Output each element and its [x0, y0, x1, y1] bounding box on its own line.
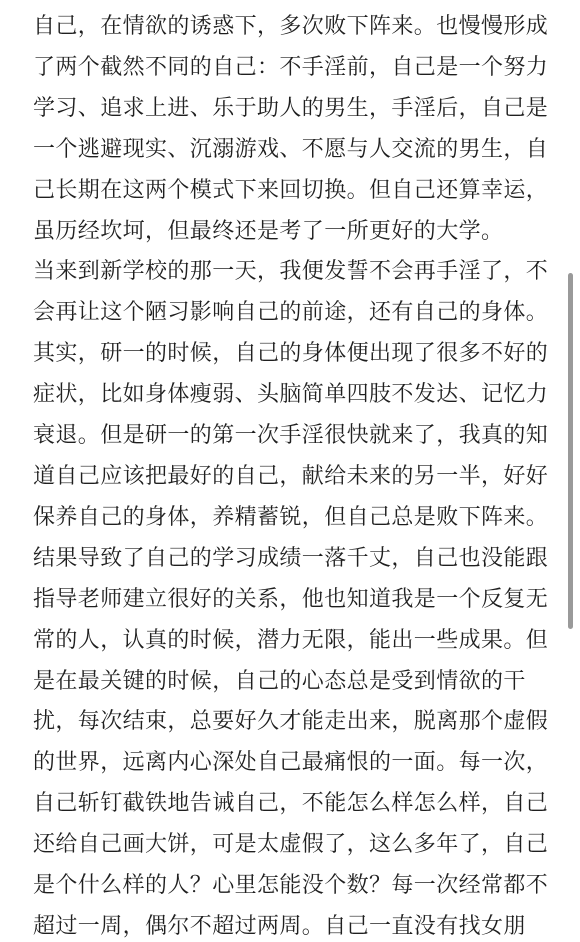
paragraph: 当来到新学校的那一天，我便发誓不会再手淫了，不会再让这个陋习影响自己的前途，还有… [33, 251, 553, 942]
paragraph: 自己，在情欲的诱惑下，多次败下阵来。也慢慢形成了两个截然不同的自己：不手淫前，自… [33, 6, 553, 251]
article-page: 自己，在情欲的诱惑下，多次败下阵来。也慢慢形成了两个截然不同的自己：不手淫前，自… [0, 0, 580, 942]
text-line: 常的人，认真的时候，潜力无限，能出一些成果。但 [33, 620, 553, 661]
text-line: 当来到新学校的那一天，我便发誓不会再手淫了，不 [33, 251, 553, 292]
text-line: 会再让这个陋习影响自己的前途，还有自己的身体。 [33, 292, 553, 333]
article-text: 自己，在情欲的诱惑下，多次败下阵来。也慢慢形成了两个截然不同的自己：不手淫前，自… [33, 6, 553, 942]
text-line: 是个什么样的人？心里怎能没个数？每一次经常都不 [33, 865, 553, 906]
text-line: 结果导致了自己的学习成绩一落千丈，自己也没能跟 [33, 538, 553, 579]
text-line: 自己斩钉截铁地告诫自己，不能怎么样怎么样，自己 [33, 783, 553, 824]
text-line: 道自己应该把最好的自己，献给未来的另一半，好好 [33, 456, 553, 497]
text-line: 超过一周，偶尔不超过两周。自己一直没有找女朋 [33, 906, 553, 942]
text-line: 己长期在这两个模式下来回切换。但自己还算幸运， [33, 170, 553, 211]
text-line: 自己，在情欲的诱惑下，多次败下阵来。也慢慢形成 [33, 6, 553, 47]
scrollbar-thumb[interactable] [568, 273, 573, 629]
text-line: 虽历经坎坷，但最终还是考了一所更好的大学。 [33, 211, 553, 252]
text-line: 一个逃避现实、沉溺游戏、不愿与人交流的男生，自 [33, 129, 553, 170]
text-line: 症状，比如身体瘦弱、头脑简单四肢不发达、记忆力 [33, 374, 553, 415]
text-line: 的世界，远离内心深处自己最痛恨的一面。每一次， [33, 742, 553, 783]
text-line: 扰，每次结束，总要好久才能走出来，脱离那个虚假 [33, 701, 553, 742]
text-line: 其实，研一的时候，自己的身体便出现了很多不好的 [33, 333, 553, 374]
text-line: 指导老师建立很好的关系，他也知道我是一个反复无 [33, 579, 553, 620]
text-line: 了两个截然不同的自己：不手淫前，自己是一个努力 [33, 47, 553, 88]
text-line: 还给自己画大饼，可是太虚假了，这么多年了，自己 [33, 824, 553, 865]
text-line: 保养自己的身体，养精蓄锐，但自己总是败下阵来。 [33, 497, 553, 538]
text-line: 是在最关键的时候，自己的心态总是受到情欲的干 [33, 661, 553, 702]
text-line: 学习、追求上进、乐于助人的男生，手淫后，自己是 [33, 88, 553, 129]
text-line: 衰退。但是研一的第一次手淫很快就来了，我真的知 [33, 415, 553, 456]
